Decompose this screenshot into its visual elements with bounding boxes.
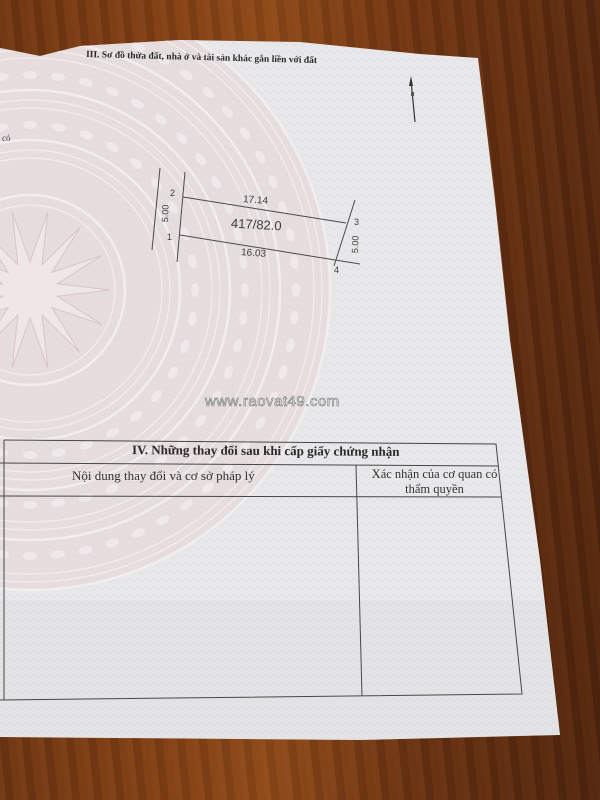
vertex-label-2: 2: [170, 188, 175, 198]
vertex-label-3: 3: [354, 217, 359, 227]
edge-length-right: 5.00: [350, 235, 361, 253]
parcel-id-area: 417/82.0: [231, 216, 282, 234]
column-header-changes: Nội dung thay đổi và cơ sở pháp lý: [72, 468, 255, 484]
edge-length-left: 5.00: [160, 204, 171, 222]
column-header-confirmation: Xác nhận của cơ quan có thẩm quyền: [362, 467, 507, 497]
edge-length-top: 17.14: [243, 194, 269, 207]
photo-scene: III. Sơ đồ thửa đất, nhà ở và tài sản kh…: [0, 0, 600, 800]
left-text-fragment: có: [2, 133, 11, 143]
website-watermark: www.raovat49.com: [205, 393, 340, 410]
vertex-label-1: 1: [167, 232, 172, 242]
vertex-label-4: 4: [334, 265, 339, 275]
section-iv-title: IV. Những thay đổi sau khi cấp giấy chứn…: [132, 442, 400, 460]
edge-length-bottom: 16.03: [241, 247, 267, 260]
